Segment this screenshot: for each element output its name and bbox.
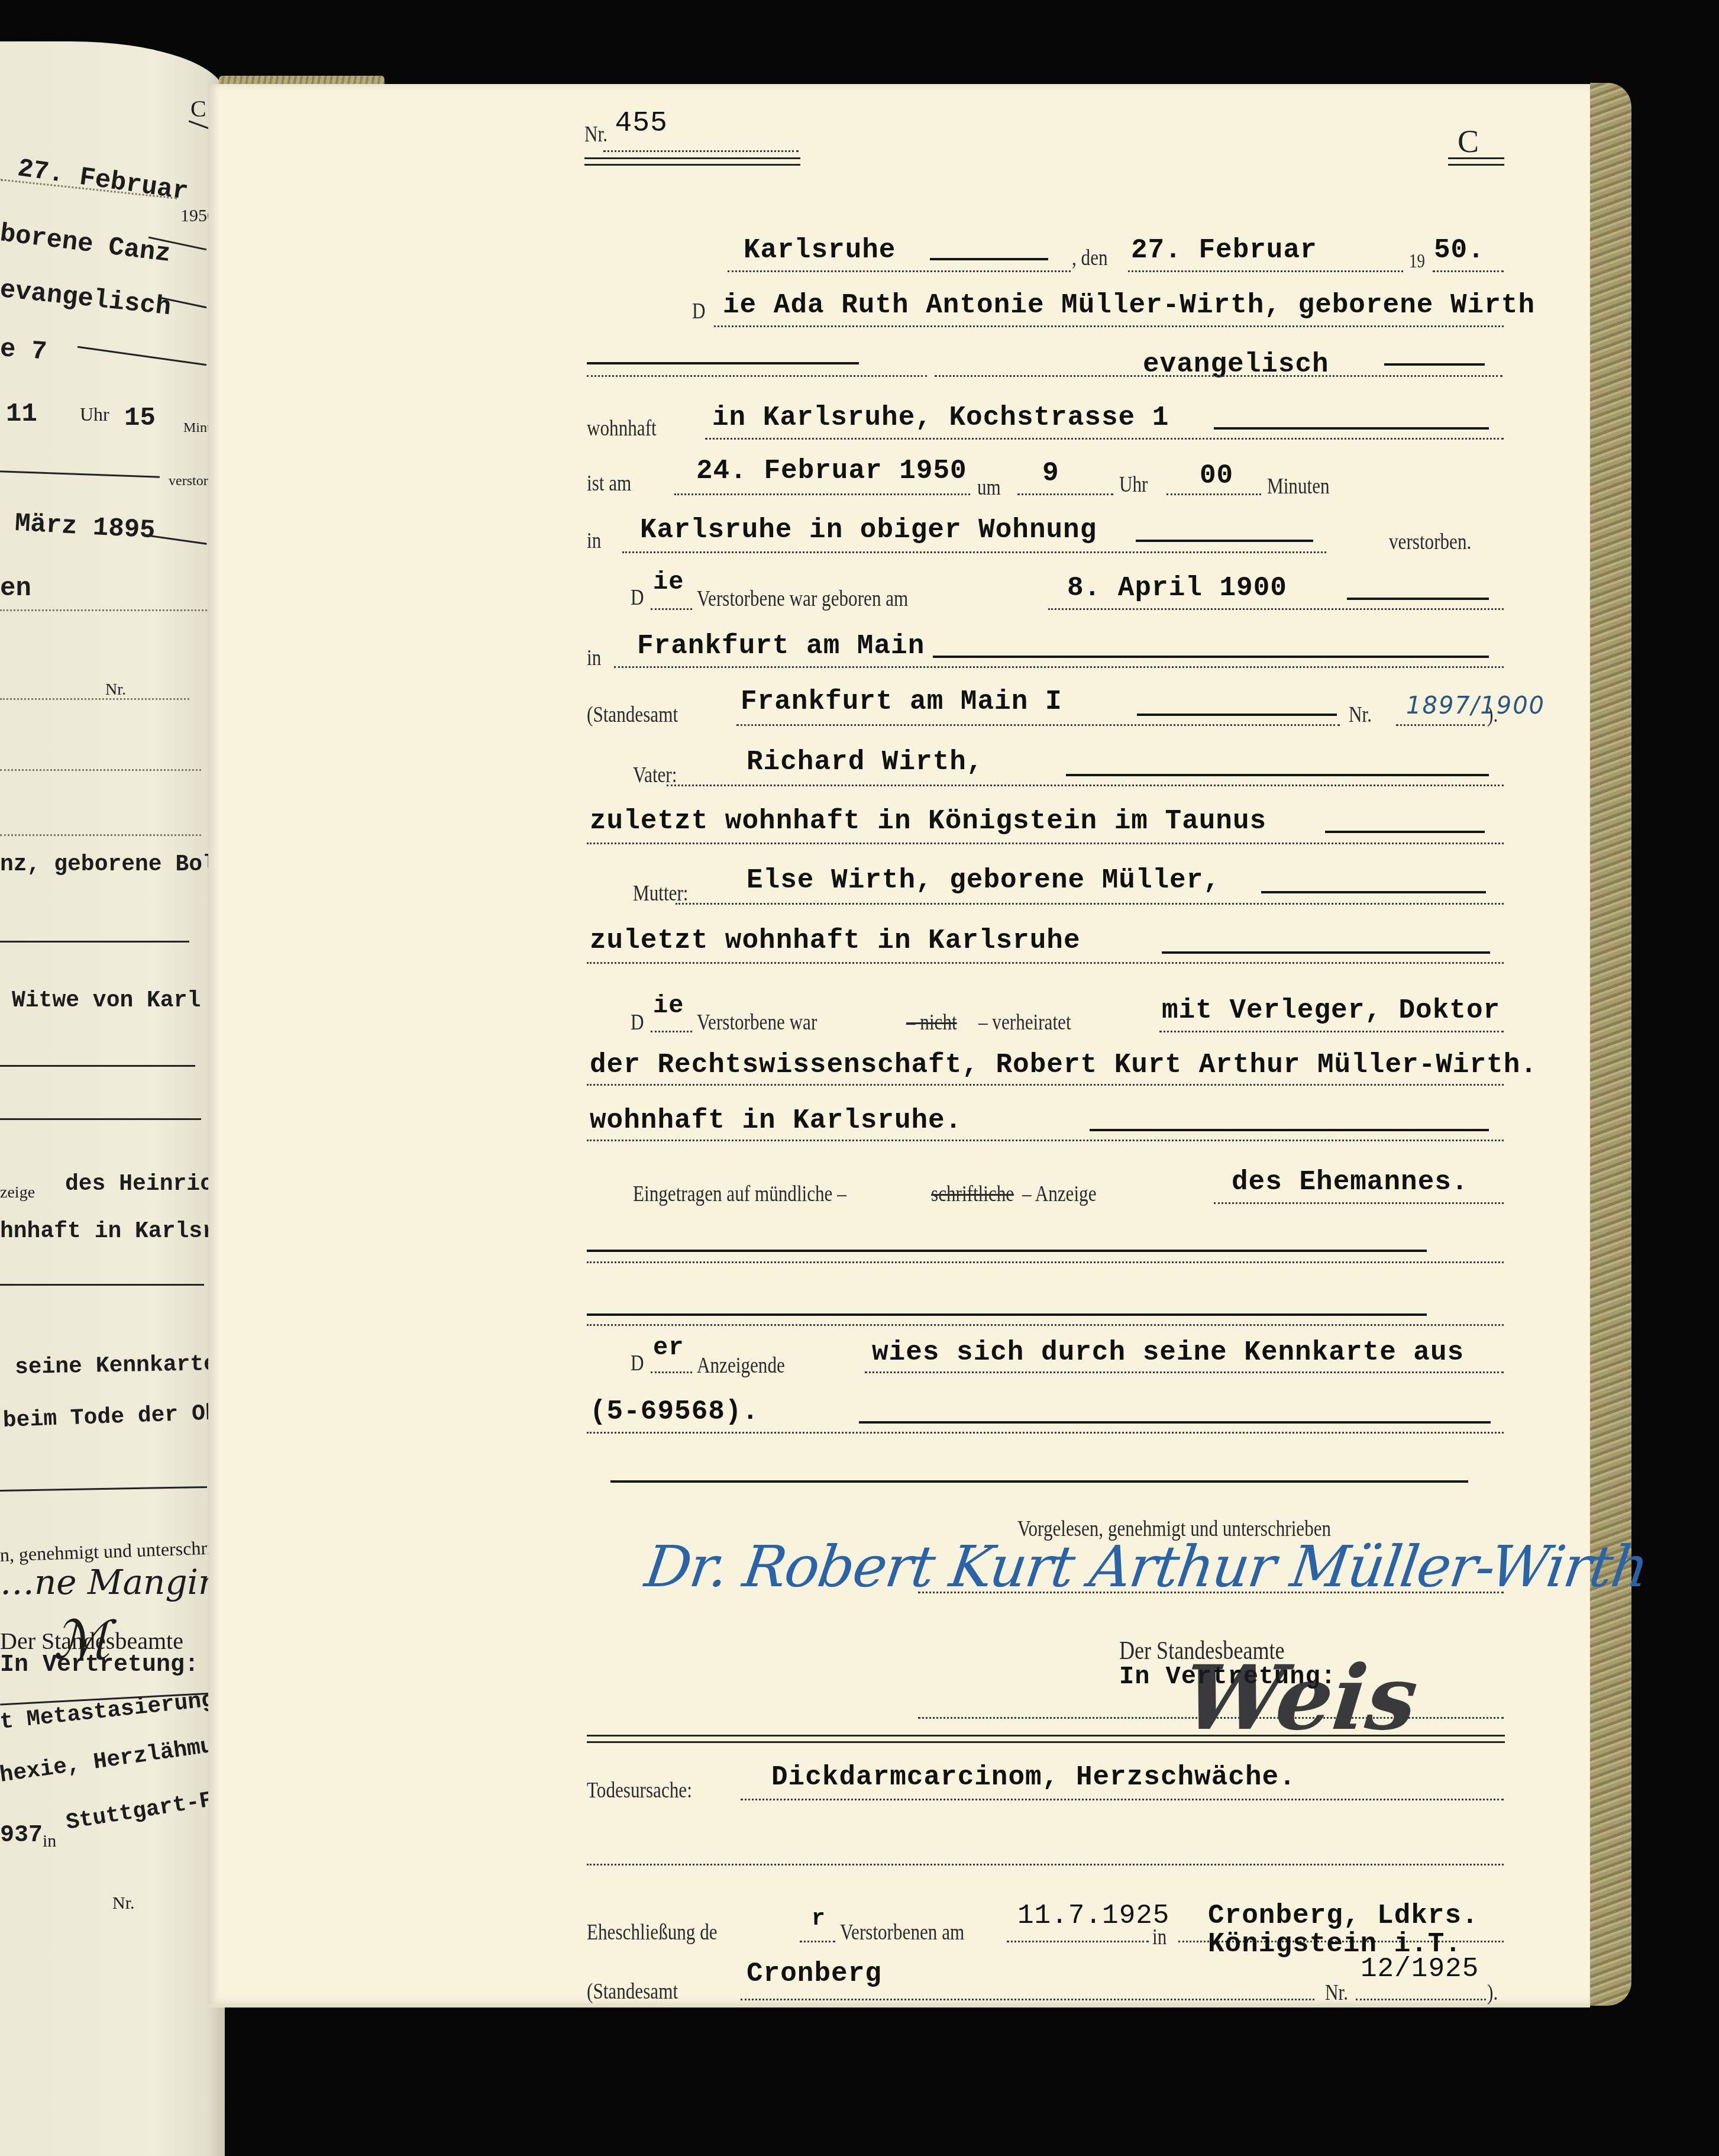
d-prefix: D xyxy=(631,1350,644,1376)
died-label: verstorben. xyxy=(1389,529,1471,555)
marriage-registry-nr-label: Nr. xyxy=(1325,1980,1348,2006)
dotted-line xyxy=(603,150,799,152)
left-marriage-year: 937 xyxy=(0,1822,43,1849)
dotted-line xyxy=(587,1140,1504,1141)
father-residence: zuletzt wohnhaft in Königstein im Taunus xyxy=(590,806,1266,837)
death-place-label: in xyxy=(587,528,601,554)
book-binding-edge xyxy=(1590,83,1631,2006)
death-date: 24. Februar 1950 xyxy=(696,456,967,486)
registration-date: 27. Februar xyxy=(1131,235,1317,266)
dash-line xyxy=(0,941,189,943)
dotted-line xyxy=(674,493,970,495)
dotted-line xyxy=(0,609,207,611)
dotted-line xyxy=(1017,493,1113,495)
birth-registry-close: ). xyxy=(1487,702,1498,728)
book-binding-top xyxy=(219,76,384,84)
dotted-line xyxy=(1167,493,1261,495)
marriage-article-suffix: r xyxy=(812,1906,826,1932)
death-place: Karlsruhe in obiger Wohnung xyxy=(640,515,1097,546)
death-hour: 9 xyxy=(1042,458,1059,489)
dotted-line xyxy=(651,1031,692,1032)
residence: in Karlsruhe, Kochstrasse 1 xyxy=(712,402,1169,433)
cause-of-death: Dickdarmcarcinom, Herzschwäche. xyxy=(771,1762,1296,1793)
dash-line xyxy=(587,1313,1427,1316)
left-page: C 27. Februar 1950. borene Canz evangeli… xyxy=(0,41,225,2156)
d-prefix: D xyxy=(631,1009,644,1035)
death-record-page: Nr. 455 C Karlsruhe , den 27. Februar 19… xyxy=(208,84,1590,2007)
left-informant-signature: …ne Mangin xyxy=(0,1562,220,1602)
left-informant-residence: hnhaft in Karlsruhe, xyxy=(0,1219,225,1244)
registration-label-anzeige: – Anzeige xyxy=(1022,1181,1096,1207)
left-mother: nz, geborene Bolling xyxy=(0,852,225,877)
left-hour-label: Uhr xyxy=(80,404,109,425)
left-birthplace: en xyxy=(0,574,31,603)
death-date-label: ist am xyxy=(587,470,631,496)
dotted-line xyxy=(800,1941,835,1942)
dash-line xyxy=(1090,1129,1489,1131)
spouse-line-3: wohnhaft in Karlsruhe. xyxy=(590,1105,962,1136)
minute-label: Minuten xyxy=(1267,473,1330,499)
birth-registry-nr-label: Nr. xyxy=(1349,702,1372,728)
birth-registry-label: (Standesamt xyxy=(587,702,678,728)
marriage-registry-nr: 12/1925 xyxy=(1361,1954,1479,1984)
left-register-letter: C xyxy=(190,95,206,122)
dotted-line xyxy=(0,834,201,836)
hour-label: Uhr xyxy=(1119,472,1148,498)
left-date: 27. Februar xyxy=(16,154,190,207)
left-widow: Witwe von Karl Fink xyxy=(12,988,225,1014)
registration-label: Eingetragen auf mündliche – xyxy=(633,1181,846,1207)
dash-line xyxy=(610,1480,1468,1483)
dotted-line xyxy=(587,843,1504,844)
spouse-line-2: der Rechtswissenschaft, Robert Kurt Arth… xyxy=(590,1050,1537,1080)
d-prefix: D xyxy=(692,298,706,324)
dotted-line xyxy=(918,1592,1504,1593)
dotted-line xyxy=(667,785,1504,786)
birth-article-suffix: ie xyxy=(653,568,684,596)
dotted-line xyxy=(1048,608,1504,610)
left-nr-label: Nr. xyxy=(105,680,126,699)
dotted-line xyxy=(587,375,927,377)
marriage-date: 11.7.1925 xyxy=(1017,1900,1169,1931)
registration-label-struck: schriftliche xyxy=(931,1181,1014,1207)
dotted-line xyxy=(728,270,1071,272)
dotted-line xyxy=(0,769,201,771)
registration-place: Karlsruhe xyxy=(744,235,896,266)
dotted-line xyxy=(741,1999,1314,2000)
left-minute: 15 xyxy=(124,404,156,433)
dotted-line xyxy=(587,1261,1504,1263)
cause-label: Todesursache: xyxy=(587,1777,692,1803)
dotted-line xyxy=(1128,270,1403,272)
dotted-line xyxy=(651,1371,692,1373)
dash-line xyxy=(0,1118,201,1120)
marriage-registry-label: (Standesamt xyxy=(587,1979,678,2005)
dash-line xyxy=(77,346,206,366)
identification-line-2: (5-69568). xyxy=(590,1396,759,1427)
left-registrar-signature: ℳ xyxy=(53,1609,110,1671)
dotted-line xyxy=(614,666,1504,668)
register-letter: C xyxy=(1458,123,1479,160)
dash-line xyxy=(1137,714,1337,716)
dash-line xyxy=(0,470,160,477)
married-label-struck: – nicht xyxy=(906,1009,957,1035)
left-marriage-nr-label: Nr. xyxy=(112,1893,135,1913)
double-rule xyxy=(584,157,800,166)
dotted-line xyxy=(1396,724,1485,726)
dash-line xyxy=(1261,891,1486,893)
year-prefix: 19 xyxy=(1409,251,1425,273)
dash-line xyxy=(0,1065,195,1067)
informant-signature: Dr. Robert Kurt Arthur Müller-Wirth xyxy=(641,1534,1652,1600)
left-address: e 7 xyxy=(0,334,48,367)
dotted-line xyxy=(865,1371,1504,1373)
left-informant: des Heinrich Ma xyxy=(65,1171,225,1197)
dotted-line xyxy=(622,551,1326,553)
dotted-line xyxy=(587,1084,1504,1086)
year-suffix: 50. xyxy=(1434,235,1485,266)
dotted-line xyxy=(1007,1941,1149,1942)
dotted-line xyxy=(587,1324,1504,1326)
left-hour: 11 xyxy=(6,399,37,429)
dash-line xyxy=(1347,598,1489,600)
d-prefix: D xyxy=(631,585,644,611)
dash-line xyxy=(859,1421,1491,1424)
mother-name: Else Wirth, geborene Müller, xyxy=(747,865,1220,896)
dash-line xyxy=(587,362,859,364)
left-notice-label: zeige xyxy=(0,1183,35,1202)
dotted-line xyxy=(676,903,1504,905)
left-in-label: in xyxy=(43,1831,56,1851)
dotted-line xyxy=(587,962,1504,964)
dash-line xyxy=(1162,951,1490,954)
dotted-line xyxy=(736,724,1340,726)
left-maiden-name: borene Canz xyxy=(0,219,172,269)
record-number: 455 xyxy=(615,108,668,140)
dash-line xyxy=(933,656,1489,658)
birth-registry: Frankfurt am Main I xyxy=(741,686,1062,717)
dotted-line xyxy=(587,1864,1504,1865)
marriage-place-line-1: Cronberg, Ldkrs. xyxy=(1208,1900,1479,1931)
den-label: , den xyxy=(1072,245,1108,271)
dotted-line xyxy=(1214,1202,1504,1204)
dash-line xyxy=(1136,540,1313,542)
informant-article-suffix: er xyxy=(653,1334,684,1362)
marriage-in-label: in xyxy=(1152,1924,1167,1950)
dash-line xyxy=(0,1284,204,1286)
married-article-suffix: ie xyxy=(653,992,684,1020)
mother-residence: zuletzt wohnhaft in Karlsruhe xyxy=(590,925,1081,956)
dotted-line xyxy=(1433,270,1504,272)
nr-label: Nr. xyxy=(584,121,608,147)
dotted-line xyxy=(935,375,1502,377)
dash-line xyxy=(1384,363,1485,366)
married-label: Verstorbene war xyxy=(697,1009,817,1035)
birth-registry-nr: 1897/1900 xyxy=(1406,692,1545,719)
identification-line-1: wies sich durch seine Kennkarte aus xyxy=(872,1337,1464,1368)
informant-label: Anzeigende xyxy=(697,1353,785,1379)
death-minute: 00 xyxy=(1200,460,1233,491)
dash-line xyxy=(1066,774,1489,776)
informant: des Ehemannes. xyxy=(1232,1167,1468,1198)
double-rule xyxy=(1448,157,1504,166)
dotted-line xyxy=(741,1799,1504,1800)
father-name: Richard Wirth, xyxy=(747,747,983,777)
dotted-line xyxy=(918,1717,1504,1719)
dotted-line xyxy=(705,438,1504,440)
dotted-line xyxy=(1356,1999,1486,2000)
marriage-label: Eheschließung de xyxy=(587,1919,718,1945)
dash-line xyxy=(0,1486,207,1492)
dotted-line xyxy=(587,1432,1504,1434)
dotted-line xyxy=(0,698,189,700)
birth-date: 8. April 1900 xyxy=(1067,573,1287,603)
left-cause-1: t Metastasierung, xyxy=(0,1686,225,1735)
left-marriage-place: Stuttgart-Feuerb xyxy=(64,1777,225,1836)
left-id-text: seine Kennkarte aus xyxy=(15,1350,225,1380)
marriage-registry: Cronberg xyxy=(747,1958,882,1989)
dotted-line xyxy=(651,608,692,610)
deceased-name: ie Ada Ruth Antonie Müller-Wirth, gebore… xyxy=(723,290,1535,321)
birth-place-label: in xyxy=(587,645,601,671)
dash-line xyxy=(1214,427,1489,430)
left-religion: evangelisch xyxy=(0,275,172,322)
left-birth-date: März 1895 xyxy=(14,509,156,546)
left-witness-text: beim Tode der Obenge xyxy=(2,1399,225,1434)
married-label-verheiratet: – verheiratet xyxy=(978,1009,1071,1035)
marriage-registry-close: ). xyxy=(1487,1980,1498,2006)
birth-place: Frankfurt am Main xyxy=(637,631,925,661)
spouse-line-1: mit Verleger, Doktor xyxy=(1162,995,1500,1026)
record-number-field: Nr. 455 xyxy=(584,118,668,150)
marriage-label-verstorbenen: Verstorbenen am xyxy=(840,1919,964,1945)
dash-line xyxy=(1325,831,1485,833)
um-label: um xyxy=(977,475,1001,501)
left-cause-2: hexie, Herzlähmung bei xyxy=(0,1722,225,1788)
dotted-line xyxy=(714,325,1504,327)
double-rule xyxy=(587,1735,1505,1743)
residence-label: wohnhaft xyxy=(587,415,657,441)
dotted-line xyxy=(1159,1031,1504,1032)
dash-line xyxy=(930,258,1048,260)
birth-label: Verstorbene war geboren am xyxy=(697,586,908,612)
dash-line xyxy=(587,1250,1427,1252)
